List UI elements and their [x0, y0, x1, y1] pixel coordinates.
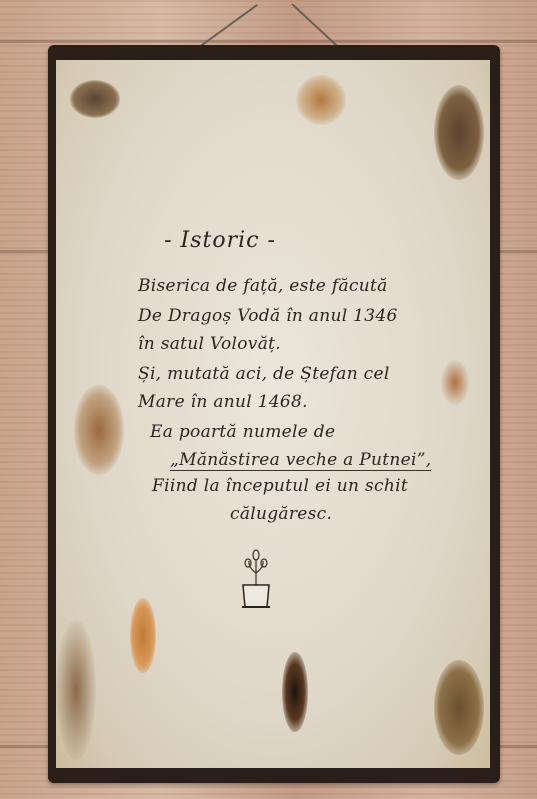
stain-top-center [296, 75, 346, 125]
document-title: - Istoric - [130, 228, 310, 253]
text-line-2: De Dragoș Vodă în anul 1346 [138, 306, 398, 326]
stain-left-mid [74, 385, 124, 475]
burn-hole-center [282, 652, 308, 732]
stain-bottom-left-edge [56, 620, 96, 760]
text-line-3: în satul Volovăț. [138, 334, 281, 354]
text-line-5: Mare în anul 1468. [138, 392, 308, 412]
text-line-9: călugăresc. [230, 504, 332, 524]
stain-top-right [434, 85, 484, 180]
text-line-4: Și, mutată aci, de Ștefan cel [138, 364, 390, 384]
text-line-8: Fiind la începutul ei un schit [152, 476, 408, 496]
text-line-7: „Mănăstirea veche a Putnei”, [170, 450, 431, 471]
burn-hole-left [130, 598, 156, 673]
stain-top-left [70, 80, 120, 118]
stain-bottom-right [434, 660, 484, 755]
text-line-1: Biserica de față, este făcută [138, 276, 388, 296]
potted-plant-drawing-icon [238, 545, 274, 611]
text-line-6: Ea poartă numele de [150, 422, 335, 442]
document-paper [56, 60, 490, 768]
stain-right-mid [441, 360, 469, 405]
wall-seam-top [0, 40, 537, 43]
